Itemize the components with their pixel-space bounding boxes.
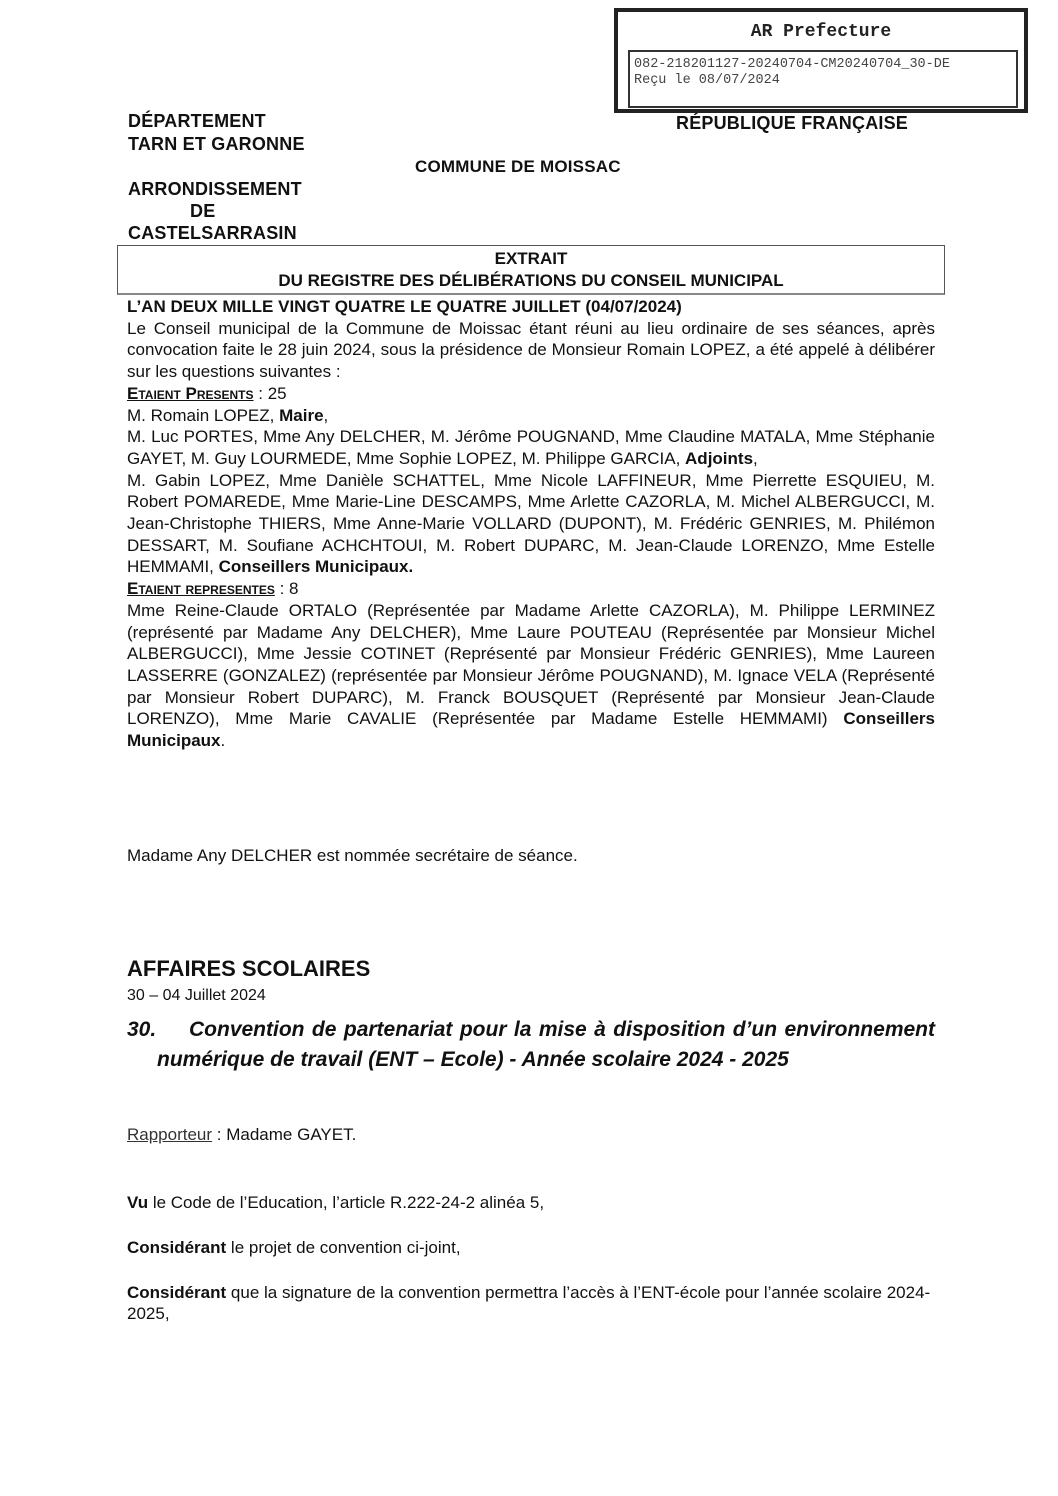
- representes-list: Mme Reine-Claude ORTALO (Représentée par…: [127, 600, 935, 752]
- arrondissement-de: DE: [190, 200, 215, 222]
- arrondissement-label: ARRONDISSEMENT: [128, 178, 302, 200]
- section-title: AFFAIRES SCOLAIRES: [127, 956, 370, 982]
- arrondissement-name: CASTELSARRASIN: [128, 222, 297, 244]
- extrait-title: EXTRAIT: [118, 248, 944, 270]
- maire-line: M. Romain LOPEZ, Maire,: [127, 405, 935, 427]
- visa-3: Considérant que la signature de la conve…: [127, 1282, 935, 1324]
- rapporteur-line: Rapporteur : Madame GAYET.: [127, 1125, 356, 1145]
- departement-label: DÉPARTEMENT: [128, 110, 266, 132]
- adjoints-role: Adjoints: [685, 449, 753, 468]
- section-date: 30 – 04 Juillet 2024: [127, 987, 266, 1005]
- representes-names: Mme Reine-Claude ORTALO (Représentée par…: [127, 601, 935, 729]
- session-block: L’AN DEUX MILLE VINGT QUATRE LE QUATRE J…: [127, 296, 935, 752]
- session-date: L’AN DEUX MILLE VINGT QUATRE LE QUATRE J…: [127, 296, 935, 318]
- maire-name: M. Romain LOPEZ,: [127, 406, 279, 425]
- visa-2: Considérant le projet de convention ci-j…: [127, 1237, 935, 1258]
- deliberation-number: 30.: [127, 1015, 189, 1045]
- session-intro: Le Conseil municipal de la Commune de Mo…: [127, 318, 935, 383]
- republique-label: RÉPUBLIQUE FRANÇAISE: [676, 112, 908, 134]
- representes-heading: Etaient representes : 8: [127, 578, 935, 600]
- commune-name: COMMUNE DE MOISSAC: [415, 156, 621, 178]
- deliberation-text: Convention de partenariat pour la mise à…: [127, 1015, 935, 1075]
- conseillers-role: Conseillers Municipaux.: [219, 557, 414, 576]
- visa-1: Vu le Code de l’Education, l’article R.2…: [127, 1192, 935, 1213]
- stamp-received-date: Reçu le 08/07/2024: [634, 73, 1012, 89]
- visa-lead: Considérant: [127, 1238, 226, 1257]
- conseillers-list: M. Gabin LOPEZ, Mme Danièle SCHATTEL, Mm…: [127, 470, 935, 579]
- departement-name: TARN ET GARONNE: [128, 133, 305, 155]
- visa-lead: Considérant: [127, 1283, 226, 1302]
- visa-text: que la signature de la convention permet…: [127, 1283, 930, 1323]
- extrait-header: EXTRAIT DU REGISTRE DES DÉLIBÉRATIONS DU…: [117, 245, 945, 295]
- secretaire-line: Madame Any DELCHER est nommée secrétaire…: [127, 846, 578, 866]
- presents-label: Etaient Presents: [127, 384, 254, 403]
- visa-text: le Code de l’Education, l’article R.222-…: [148, 1193, 544, 1212]
- prefecture-stamp: AR Prefecture 082-218201127-20240704-CM2…: [614, 8, 1028, 113]
- adjoints-names: M. Luc PORTES, Mme Any DELCHER, M. Jérôm…: [127, 427, 935, 468]
- rapporteur-value: : Madame GAYET.: [212, 1125, 356, 1144]
- stamp-details: 082-218201127-20240704-CM20240704_30-DE …: [628, 50, 1018, 108]
- rapporteur-label: Rapporteur: [127, 1125, 212, 1144]
- stamp-reference: 082-218201127-20240704-CM20240704_30-DE: [634, 57, 1012, 73]
- presents-heading: Etaient Presents : 25: [127, 383, 935, 405]
- maire-role: Maire: [279, 406, 323, 425]
- representes-count: : 8: [280, 579, 299, 598]
- stamp-title: AR Prefecture: [618, 22, 1024, 42]
- visa-lead: Vu: [127, 1193, 148, 1212]
- deliberation-title: 30. Convention de partenariat pour la mi…: [127, 1015, 935, 1075]
- representes-label: Etaient representes: [127, 579, 275, 598]
- presents-count: : 25: [258, 384, 286, 403]
- visa-text: le projet de convention ci-joint,: [226, 1238, 460, 1257]
- extrait-subtitle: DU REGISTRE DES DÉLIBÉRATIONS DU CONSEIL…: [118, 270, 944, 292]
- adjoints-list: M. Luc PORTES, Mme Any DELCHER, M. Jérôm…: [127, 426, 935, 469]
